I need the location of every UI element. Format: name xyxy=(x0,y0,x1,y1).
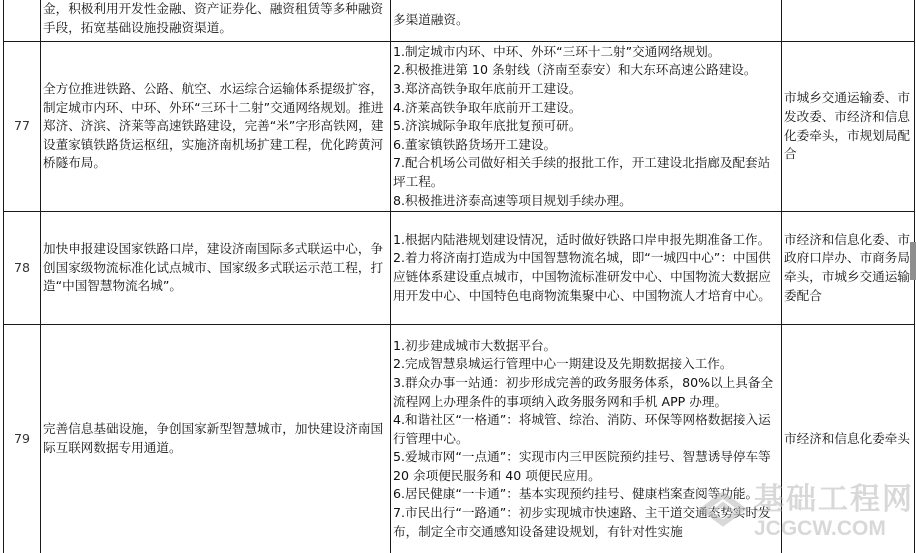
responsible-department: 市经济和信息化委、市政府口岸办、市商务局牵头，市城乡交通运输委配合 xyxy=(782,212,915,325)
task-item: 2.完成智慧泉城运行管理中心一期建设及先期数据接入工作。 xyxy=(393,355,779,374)
task-item: 7.市民出行“一路通”：初步实现城市快速路、主干道交通态势实时发布，制定全市交通… xyxy=(393,504,779,541)
task-item: 2.积极推进第 10 条射线（济南至泰安）和大东环高速公路建设。 xyxy=(393,61,779,80)
plan-table: 金，积极利用开发性金融、资产证券化、融资租赁等多种融资手段，拓宽基础设施投融资渠… xyxy=(3,0,915,553)
task-item: 多渠道融资。 xyxy=(393,11,779,30)
task-item: 5.济滨城际争取年底批复预可研。 xyxy=(393,117,779,136)
task-item: 2.着力将济南打造成为中国智慧物流名城，即“一城四中心”：中国供应链体系建设重点… xyxy=(393,249,779,305)
task-item: 4.济莱高铁争取年底前开工建设。 xyxy=(393,99,779,118)
task-item: 3.群众办事一站通：初步形成完善的政务服务体系，80%以上具备全流程网上办理条件… xyxy=(393,374,779,411)
responsible-department xyxy=(782,0,915,42)
task-list: 1.制定城市内环、中环、外环“三环十二射”交通网络规划。 2.积极推进第 10 … xyxy=(391,42,782,212)
table-row: 79 完善信息基础设施，争创国家新型智慧城市，加快建设济南国际互联网数据专用通道… xyxy=(4,325,915,553)
measure-description: 完善信息基础设施，争创国家新型智慧城市，加快建设济南国际互联网数据专用通道。 xyxy=(41,325,391,553)
measure-description: 全方位推进铁路、公路、航空、水运综合运输体系提级扩容，制定城市内环、中环、外环“… xyxy=(41,42,391,212)
task-item: 5.爱城市网“一点通”：实现市内三甲医院预约挂号、智慧诱导停车等 20 余项便民… xyxy=(393,448,779,485)
task-item: 4.和谐社区“一格通”：将城管、综治、消防、环保等网格数据接入运行管理中心。 xyxy=(393,411,779,448)
task-item: 1.制定城市内环、中环、外环“三环十二射”交通网络规划。 xyxy=(393,43,779,62)
task-item: 6.居民健康“一卡通”：基本实现预约挂号、健康档案查阅等功能。 xyxy=(393,485,779,504)
task-list: 多渠道融资。 xyxy=(391,0,782,42)
responsible-department: 市经济和信息化委牵头 xyxy=(782,325,915,553)
task-item: 6.董家镇铁路货场开工建设。 xyxy=(393,136,779,155)
row-number xyxy=(4,0,41,42)
task-item: 1.根据内陆港规划建设情况，适时做好铁路口岸申报先期准备工作。 xyxy=(393,231,779,250)
table-row: 金，积极利用开发性金融、资产证券化、融资租赁等多种融资手段，拓宽基础设施投融资渠… xyxy=(4,0,915,42)
measure-description: 金，积极利用开发性金融、资产证券化、融资租赁等多种融资手段，拓宽基础设施投融资渠… xyxy=(41,0,391,42)
row-number: 77 xyxy=(4,42,41,212)
table-row: 77 全方位推进铁路、公路、航空、水运综合运输体系提级扩容，制定城市内环、中环、… xyxy=(4,42,915,212)
task-item: 1.初步建成城市大数据平台。 xyxy=(393,337,779,356)
task-item: 8.积极推进济泰高速等项目规划手续办理。 xyxy=(393,192,779,211)
row-number: 78 xyxy=(4,212,41,325)
task-item: 3.郑济高铁争取年底前开工建设。 xyxy=(393,80,779,99)
row-number: 79 xyxy=(4,325,41,553)
task-item: 7.配合机场公司做好相关手续的报批工作，开工建设北指廊及配套站坪工程。 xyxy=(393,154,779,191)
responsible-department: 市城乡交通运输委、市发改委、市经济和信息化委牵头，市规划局配合 xyxy=(782,42,915,212)
side-scroll-tab[interactable] xyxy=(910,242,916,280)
table-row: 78 加快申报建设国家铁路口岸，建设济南国际多式联运中心，争创国家级物流标准化试… xyxy=(4,212,915,325)
measure-description: 加快申报建设国家铁路口岸，建设济南国际多式联运中心，争创国家级物流标准化试点城市… xyxy=(41,212,391,325)
task-list: 1.初步建成城市大数据平台。 2.完成智慧泉城运行管理中心一期建设及先期数据接入… xyxy=(391,325,782,553)
task-list: 1.根据内陆港规划建设情况，适时做好铁路口岸申报先期准备工作。 2.着力将济南打… xyxy=(391,212,782,325)
